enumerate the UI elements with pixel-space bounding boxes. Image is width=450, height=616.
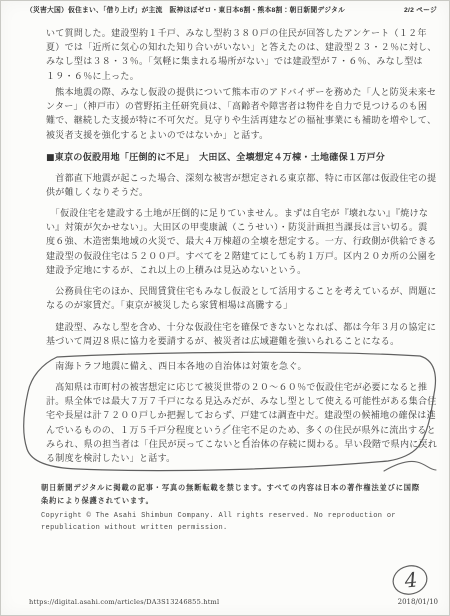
scanned-document-page: （災害大国）仮住まい、「借り上げ」が主流 阪神ほぼゼロ・東日本6割・熊本8割：朝… <box>0 0 450 616</box>
paragraph-wide-area-evacuation: 建設型、みなし型を含め、十分な仮設住宅を確保できないとなれば、都は今年３月の協定… <box>46 321 428 349</box>
text-line: 供が難しくなりそうだ。 <box>46 186 428 200</box>
text-line: 建設予定地にするが、これ以上の上積みは見込めないという。 <box>46 264 428 278</box>
text-line: んでいるものの、１万５千戸分程度という。住宅不足のため、多くの住民が県外に流出す… <box>46 424 428 438</box>
text-line: る制度を検討したい」と話す。 <box>46 452 428 466</box>
source-url: https://digital.asahi.com/articles/DA3S1… <box>29 598 219 606</box>
text-line: 高知県は市町村の被害想定に応じて被災世帯の２０～６０％で仮設住宅が必要になると推 <box>46 381 428 395</box>
text-line: 夏）では「近所に気心の知れた知り合いがいない」と答えたのは、建設型２３・２％に対… <box>46 41 428 55</box>
text-line: みられ、県の担当者は「住民が戻ってこないと自治体の存続に関わる。早い段階で県内に… <box>46 438 428 452</box>
paragraph-nankai-trough: 南海トラフ地震に備え、西日本各地の自治体は対策を急ぐ。 <box>46 360 428 374</box>
copyright-en-line: Copyright © The Asahi Shimbun Company. A… <box>41 510 436 522</box>
text-line: 宅や長屋は計７２００戸しか把握しておらず、戸建ては調査中だ。建設型の候補地の確保… <box>46 409 428 423</box>
text-line: 熊本地震の際、みなし仮設の提供について熊本市のアドバイザーを務めた「人と防災未来… <box>46 86 428 100</box>
paragraph-kumamoto-adviser: 熊本地震の際、みなし仮設の提供について熊本市のアドバイザーを務めた「人と防災未来… <box>46 86 428 143</box>
text-line: 「仮設住宅を建設する土地が圧倒的に足りていません。まずは自宅が『壊れない』『焼け… <box>46 207 428 221</box>
heading-line: ■東京の仮設用地「圧倒的に不足」 大田区、全壊想定４万棟・土地確保１万戸分 <box>46 151 428 165</box>
paragraph-kochi-prefecture: 高知県は市町村の被害想定に応じて被災世帯の２０～６０％で仮設住宅が必要になると推… <box>46 381 428 466</box>
text-line: 基づいて周辺８県に協力を要請するが、被災者は広域避難を強いられることになる。 <box>46 335 428 349</box>
paragraph-rent-problem: 公務員住宅のほか、民間賃貸住宅もみなし仮設として活用することを考えているが、問題… <box>46 285 428 313</box>
text-line: みなし型は３８・３％。「気軽に集まれる場所がない」では建設型が７・６％、みなし型… <box>46 55 428 69</box>
text-line: 公務員住宅のほか、民間賃貸住宅もみなし仮設として活用することを考えているが、問題… <box>46 285 428 299</box>
text-line: 南海トラフ地震に備え、西日本各地の自治体は対策を急ぐ。 <box>46 360 428 374</box>
paragraph-survey-results: いて質問した。建設型約１千戸、みなし型約３８０戸の住民が回答したアンケート（１２… <box>46 27 428 84</box>
print-date: 2018/01/10 <box>398 598 438 606</box>
paragraph-ota-ward: 「仮設住宅を建設する土地が圧倒的に足りていません。まずは自宅が『壊れない』『焼け… <box>46 207 428 278</box>
copyright-notice: 朝日新聞デジタルに掲載の記事・写真の無断転載を禁じます。すべての内容は日本の著作… <box>41 481 436 534</box>
text-line: １９・６％に上った。 <box>46 70 428 84</box>
paragraph-tokyo-shortage: 首都直下地震が起こった場合、深刻な被害が想定される東京都、特に市区部は仮設住宅の… <box>46 172 428 200</box>
text-line: 計。県全体では最大７万７千戸になる見込みだが、みなし型として使える可能性がある集… <box>46 395 428 409</box>
text-line: 首都直下地震が起こった場合、深刻な被害が想定される東京都、特に市区部は仮設住宅の… <box>46 172 428 186</box>
text-line: なるのが家賃だ。「東京が被災したら家賃相場は高騰する」 <box>46 299 428 313</box>
text-line: 建設型、みなし型を含め、十分な仮設住宅を確保できないとなれば、都は今年３月の協定… <box>46 321 428 335</box>
section-heading: ■東京の仮設用地「圧倒的に不足」 大田区、全壊想定４万棟・土地確保１万戸分 <box>46 151 428 165</box>
copyright-ja-line: 条約により保護されています。 <box>41 494 436 507</box>
copyright-en-line: republication without written permission… <box>41 522 436 534</box>
text-line: 建設型の仮設住宅は５２００戸。すべてを２階建てにしても約１万戸。区内２０カ所の公… <box>46 250 428 264</box>
text-line: 度６強、木造密集地域の火災で、最大４万棟超の全壊を想定する。一方、行政側が供給で… <box>46 235 428 249</box>
text-line: い』対策が欠かせない」。大田区の甲斐康誠（こうせい）・防災計画担当課長は言い切る… <box>46 221 428 235</box>
handwritten-page-number: 4 <box>399 564 422 596</box>
text-line: いて質問した。建設型約１千戸、みなし型約３８０戸の住民が回答したアンケート（１２… <box>46 27 428 41</box>
text-line: 被災者支援を強化するとよいのではないか」と話す。 <box>46 129 428 143</box>
copyright-ja-line: 朝日新聞デジタルに掲載の記事・写真の無断転載を禁じます。すべての内容は日本の著作… <box>41 481 436 494</box>
text-line: 難で、継続した支援が特に不可欠だ。見守りや生活再建などの福祉事業にも補助を増やし… <box>46 114 428 128</box>
text-line: ンター」（神戸市）の菅野拓主任研究員は、「高齢者や障害者は物件を自力で見つけるの… <box>46 100 428 114</box>
